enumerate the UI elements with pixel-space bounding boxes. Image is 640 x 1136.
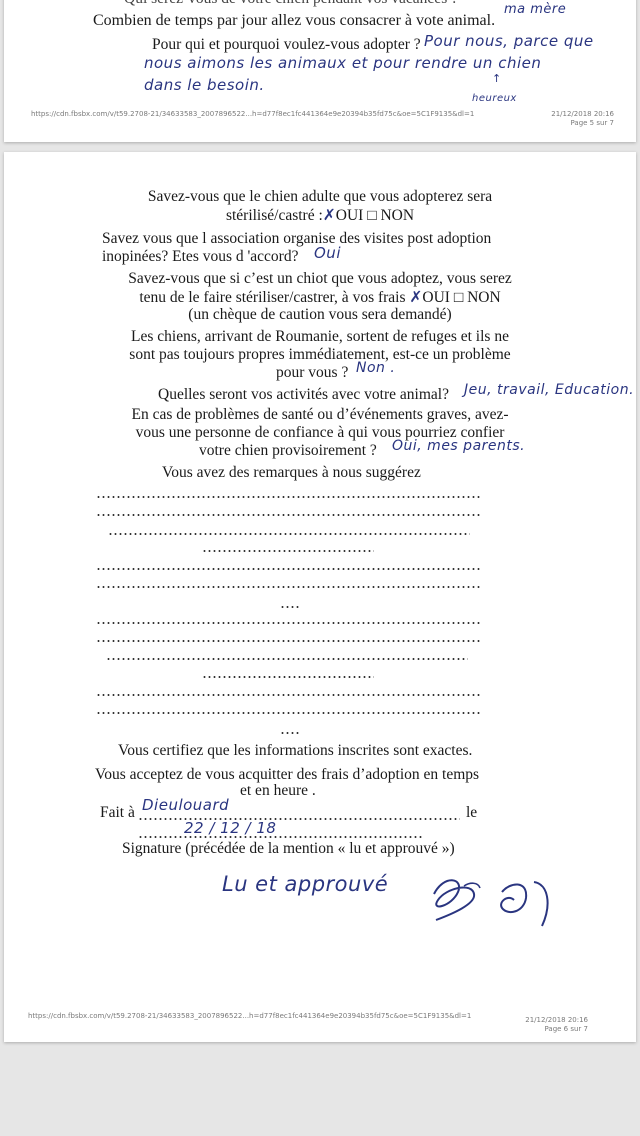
- question-sterilise-adulte-options: stérilisé/castré :✗OUI □ NON: [4, 206, 636, 225]
- answer-pourquoi-1: Pour nous, parce que: [424, 32, 594, 50]
- answer-pourquoi-insert: heureux: [472, 93, 517, 104]
- question-confiance: En cas de problèmes de santé ou d’événem…: [4, 406, 636, 424]
- footer-url: https://cdn.fbsbx.com/v/t59.2708-21/3463…: [31, 110, 474, 118]
- question-propres: Les chiens, arrivant de Roumanie, sorten…: [4, 328, 636, 346]
- signature-mention: Lu et approuvé: [222, 872, 388, 896]
- answer-visites: Oui: [314, 244, 341, 262]
- footer-meta: 21/12/2018 20:16 Page 5 sur 7: [551, 110, 614, 128]
- answer-pourquoi-2: nous aimons les animaux et pour rendre u…: [144, 54, 541, 72]
- date-value[interactable]: 22 / 12 / 18: [184, 819, 276, 837]
- question-propres-2: sont pas toujours propres immédiatement,…: [4, 346, 636, 364]
- question-chiot: Savez-vous que si c’est un chiot que vou…: [4, 270, 636, 288]
- question-confiance-2: vous une personne de confiance à qui vou…: [4, 424, 636, 442]
- option-oui[interactable]: OUI: [422, 289, 450, 306]
- answer-pourquoi-3: dans le besoin.: [144, 76, 265, 94]
- answer-propres: Non .: [356, 360, 395, 376]
- question-activites: Quelles seront vos activités avec votre …: [158, 386, 449, 404]
- question-sterilise-adulte: Savez-vous que le chien adulte que vous …: [4, 188, 636, 206]
- question-chiot-options: tenu de le faire stériliser/castrer, à v…: [4, 288, 636, 307]
- checked-box-icon[interactable]: ✗: [323, 206, 336, 224]
- le-label: le: [466, 804, 477, 822]
- page-number: Page 6 sur 7: [525, 1025, 588, 1034]
- answer-activites: Jeu, travail, Education.: [464, 382, 634, 398]
- answer-confiance: Oui, mes parents.: [392, 438, 525, 454]
- question-pourquoi-adopter: Pour qui et pourquoi voulez-vous adopter…: [152, 36, 421, 54]
- document-page-6: Savez-vous que le chien adulte que vous …: [4, 152, 636, 1042]
- document-page-5: Qui serez-vous de votre chien pendant vo…: [4, 0, 636, 142]
- question-vacances: Qui serez-vous de votre chien pendant vo…: [124, 0, 458, 8]
- option-non[interactable]: NON: [380, 207, 414, 224]
- footer-url: https://cdn.fbsbx.com/v/t59.2708-21/3463…: [28, 1012, 471, 1020]
- footer-meta: 21/12/2018 20:16 Page 6 sur 7: [525, 1016, 588, 1034]
- fait-a-label: Fait à: [100, 804, 135, 822]
- remarks-label: Vous avez des remarques à nous suggérez: [162, 464, 421, 482]
- page-number: Page 5 sur 7: [551, 119, 614, 128]
- accept-statement-2: et en heure .: [240, 782, 316, 800]
- unchecked-box-icon[interactable]: □: [454, 289, 463, 306]
- unchecked-box-icon[interactable]: □: [367, 207, 376, 224]
- signature-icon: [424, 864, 564, 934]
- option-oui[interactable]: OUI: [336, 207, 364, 224]
- insert-arrow-icon: ↑: [492, 72, 502, 85]
- question-confiance-3: votre chien provisoirement ?: [199, 442, 377, 460]
- fait-a-value[interactable]: Dieulouard: [142, 796, 229, 814]
- footer-datetime: 21/12/2018 20:16: [551, 110, 614, 119]
- certify-statement: Vous certifiez que les informations insc…: [118, 742, 472, 760]
- answer-temps-par-jour: ma mère: [504, 2, 566, 17]
- option-non[interactable]: NON: [467, 289, 501, 306]
- question-propres-3: pour vous ?: [276, 364, 348, 382]
- footer-datetime: 21/12/2018 20:16: [525, 1016, 588, 1025]
- signature-label: Signature (précédée de la mention « lu e…: [122, 840, 455, 858]
- question-visites: Savez vous que l association organise de…: [102, 230, 491, 248]
- question-visites-accord: inopinées? Etes vous d 'accord?: [102, 248, 298, 266]
- caution-note: (un chèque de caution vous sera demandé): [4, 306, 636, 324]
- question-temps-par-jour: Combien de temps par jour allez vous con…: [93, 12, 495, 30]
- checked-box-icon[interactable]: ✗: [409, 288, 422, 306]
